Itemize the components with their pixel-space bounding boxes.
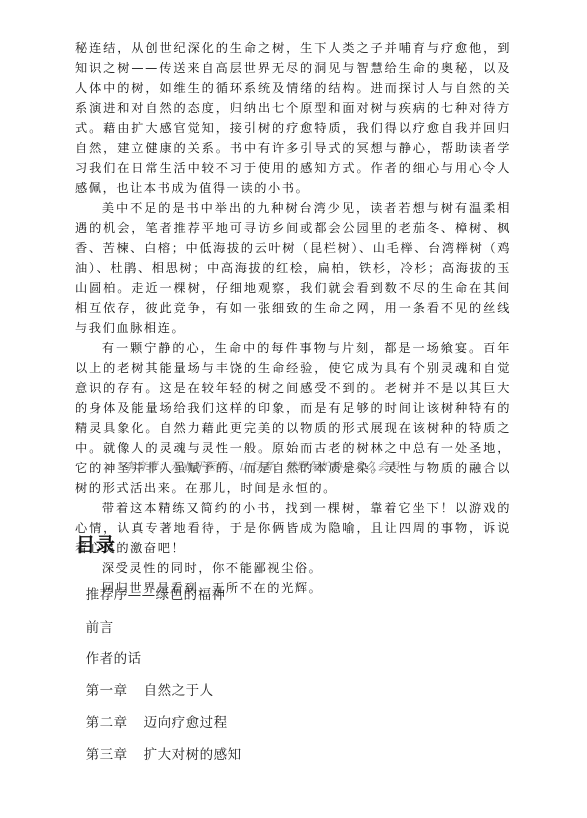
toc-item-preface-recommendation[interactable]: 推荐序——绿色的福神 xyxy=(76,567,226,603)
paragraph: 有一颗宁静的心，生命中的每件事物与片刻，都是一场飨宴。百年以上的老树其能量场与丰… xyxy=(75,338,511,498)
paragraph: 带着这本精练又简约的小书，找到一棵树，靠着它坐下！以游戏的心情，认真专著地看待，… xyxy=(75,498,511,558)
document-body: 秘连结，从创世纪深化的生命之树，生下人类之子并哺育与疗愈他，到知识之树——传送来… xyxy=(75,38,511,598)
toc-item-chapter-1[interactable]: 第一章自然之于人 xyxy=(76,663,214,699)
toc-chapter-number: 第三章 xyxy=(86,743,144,763)
paragraph: 美中不足的是书中举出的九种树台湾少见，读者若想与树有温柔相遇的机会，笔者推荐平地… xyxy=(75,198,511,338)
toc-item-label: 扩大对树的感知 xyxy=(144,747,242,763)
toc-item-chapter-3[interactable]: 第三章扩大对树的感知 xyxy=(76,727,242,763)
toc-item-chapter-2[interactable]: 第二章迈向疗愈过程 xyxy=(76,695,228,731)
toc-item-author-note[interactable]: 作者的话 xyxy=(76,631,142,667)
author-footnote: *李育青：开业牙医师、山行者、荒野保护协会永久会员 xyxy=(118,458,400,474)
toc-title: 目录 xyxy=(76,530,116,557)
paragraph: 秘连结，从创世纪深化的生命之树，生下人类之子并哺育与疗愈他，到知识之树——传送来… xyxy=(75,38,511,198)
